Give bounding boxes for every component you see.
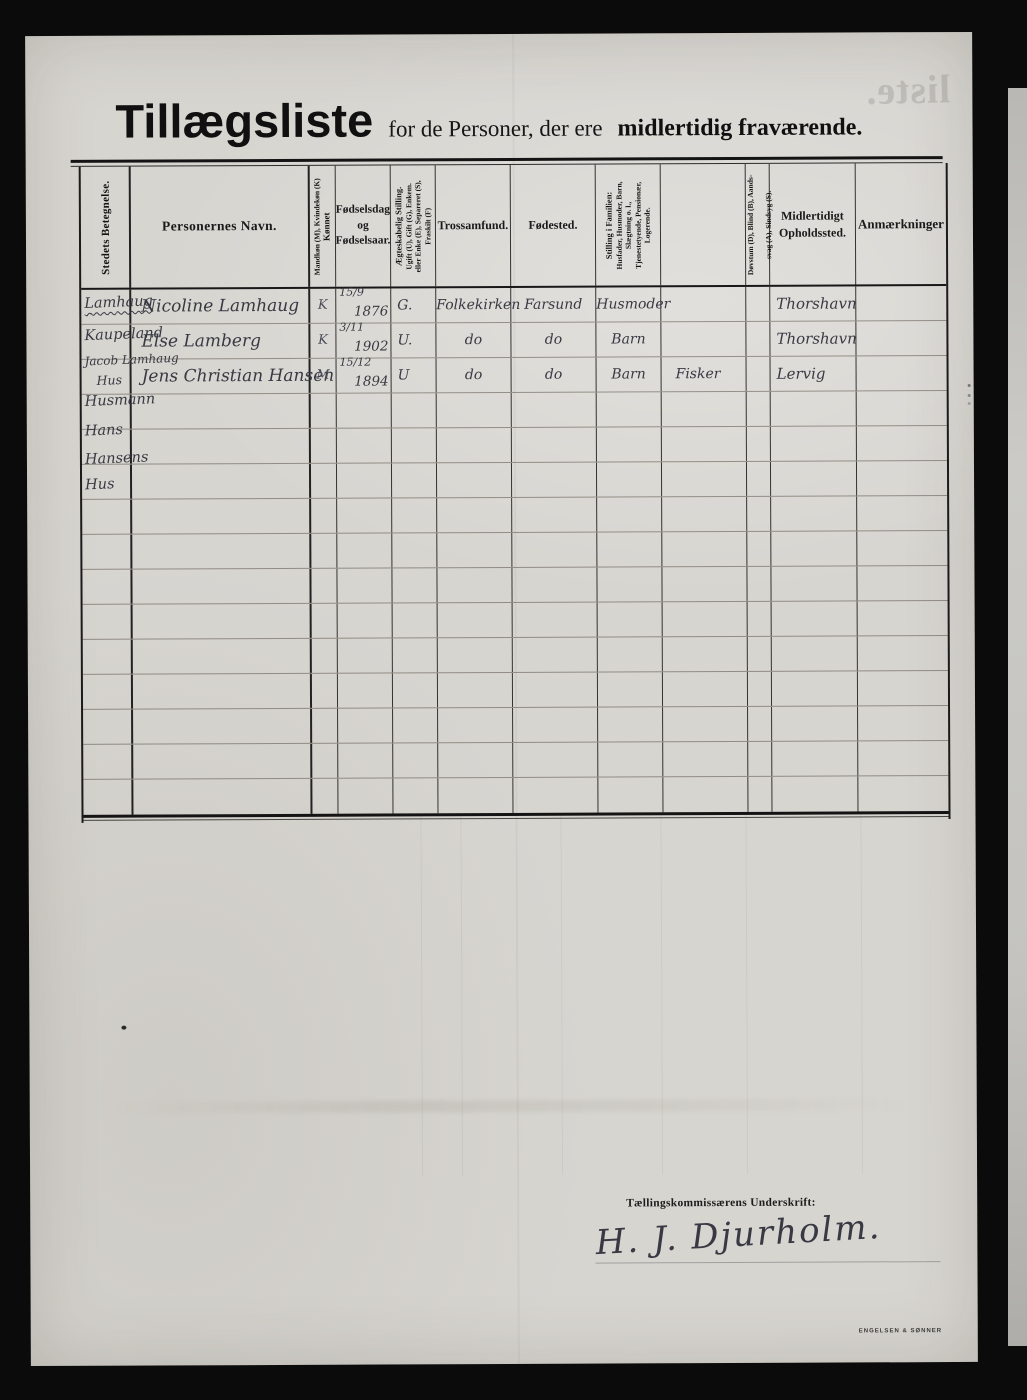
cell-kjonnet bbox=[312, 779, 338, 814]
cell-opholdssted bbox=[772, 671, 858, 705]
table-row bbox=[82, 426, 947, 465]
header-aegteskab-sub: Ugift (U), Gift (G), Enkem. eller Enke (… bbox=[404, 167, 433, 285]
cell-dovstum bbox=[747, 532, 771, 566]
cell-trossamfund bbox=[438, 638, 513, 672]
header-aegteskab: Ægteskabelig Stilling. Ugift (U), Gift (… bbox=[391, 165, 437, 286]
cell-dato bbox=[338, 638, 393, 672]
census-form-page: liste. Tillægsliste for de Personer, der… bbox=[25, 32, 978, 1366]
cell-erhverv bbox=[662, 532, 747, 566]
cell-stilling bbox=[597, 497, 662, 531]
cell-dovstum bbox=[747, 427, 771, 461]
header-navn-label: Personernes Navn. bbox=[162, 217, 277, 236]
cell-kjonnet bbox=[312, 604, 338, 638]
cell-dato bbox=[337, 428, 392, 462]
smudge bbox=[110, 1098, 910, 1113]
cell-opholdssted: Thorshavn bbox=[770, 321, 856, 355]
cell-aegteskab bbox=[393, 778, 438, 813]
header-aegteskab-label: Ægteskabelig Stilling. bbox=[393, 167, 405, 285]
cell-opholdssted bbox=[771, 391, 857, 425]
header-kjonnet-sub: Mandkøn (M), Kvindekøn (K) bbox=[312, 167, 322, 285]
cell-stilling bbox=[597, 427, 662, 461]
cell-navn bbox=[133, 604, 312, 639]
header-stedets: Stedets Betegnelse. bbox=[81, 167, 132, 288]
cell-erhverv bbox=[663, 602, 748, 636]
table-row bbox=[83, 776, 948, 815]
cell-aegteskab bbox=[393, 743, 438, 777]
cell-fodested bbox=[513, 743, 598, 777]
cell-navn bbox=[133, 779, 312, 815]
cell-trossamfund bbox=[437, 428, 512, 462]
handwritten-fodested: Farsund bbox=[511, 288, 595, 322]
handwritten-fodested: do bbox=[512, 358, 596, 392]
cell-opholdssted bbox=[771, 566, 857, 600]
table-row bbox=[83, 601, 948, 640]
printer-mark: Engelsen & Sønner bbox=[859, 1328, 942, 1334]
handwritten-aegteskab: U. bbox=[391, 323, 435, 357]
census-table: Stedets Betegnelse. Personernes Navn. Ma… bbox=[79, 163, 951, 823]
cell-stedets bbox=[83, 780, 133, 815]
title-main: Tillægsliste bbox=[115, 93, 373, 149]
header-fodselsdag-label: Fødselsdag og Fødselsaar. bbox=[335, 203, 390, 250]
cell-kjonnet bbox=[311, 429, 337, 463]
cell-trossamfund: do bbox=[436, 323, 511, 357]
cell-erhverv bbox=[661, 322, 746, 356]
cell-aegteskab bbox=[392, 568, 437, 602]
cell-aegteskab bbox=[393, 638, 438, 672]
birth-day-month: 15/9 bbox=[339, 286, 364, 299]
cell-anm bbox=[858, 636, 948, 670]
cell-anm bbox=[856, 321, 946, 355]
cell-dato bbox=[337, 463, 392, 497]
table-row bbox=[83, 741, 948, 780]
cell-aegteskab: U. bbox=[391, 323, 436, 357]
header-navn: Personernes Navn. bbox=[131, 166, 311, 288]
cell-opholdssted: Thorshavn bbox=[770, 286, 856, 320]
cell-anm bbox=[858, 706, 948, 740]
header-erhverv bbox=[661, 164, 747, 285]
handwritten-fodested: do bbox=[511, 323, 595, 357]
handwritten-opholdssted: Thorshavn bbox=[770, 286, 855, 320]
cell-anm bbox=[857, 426, 947, 460]
edge-marks bbox=[968, 384, 971, 387]
cell-stedets bbox=[83, 675, 133, 709]
cell-trossamfund bbox=[437, 498, 512, 532]
cell-fodested bbox=[512, 568, 597, 602]
cell-dovstum bbox=[747, 357, 771, 391]
cell-aegteskab bbox=[392, 463, 437, 497]
cell-aegteskab bbox=[393, 708, 438, 742]
handwritten-opholdssted: Lervig bbox=[771, 356, 856, 390]
cell-opholdssted bbox=[771, 426, 857, 460]
cell-opholdssted bbox=[771, 461, 857, 495]
title-emphasis: midlertidig fraværende. bbox=[617, 114, 862, 142]
cell-navn: Jens Christian Hansen bbox=[132, 359, 311, 394]
cell-erhverv bbox=[661, 287, 746, 321]
table-header: Stedets Betegnelse. Personernes Navn. Ma… bbox=[81, 163, 947, 290]
cell-stilling: Barn bbox=[596, 322, 661, 356]
cell-dato bbox=[337, 393, 392, 427]
cell-stilling: Barn bbox=[597, 357, 662, 391]
table-row: Jens Christian HansenM15/121894UdodoBarn… bbox=[82, 356, 947, 395]
cell-kjonnet bbox=[312, 674, 338, 708]
cell-opholdssted bbox=[772, 706, 858, 740]
cell-fodested: Farsund bbox=[511, 288, 596, 322]
cell-kjonnet bbox=[311, 534, 337, 568]
cell-dovstum bbox=[748, 707, 772, 741]
table-row: Else LambergK3/111902U.dodoBarnThorshavn bbox=[81, 321, 946, 360]
cell-dovstum bbox=[746, 287, 770, 321]
cell-aegteskab bbox=[393, 673, 438, 707]
cell-stedets bbox=[82, 360, 132, 394]
header-stilling-label: Stilling i Familien: bbox=[603, 166, 615, 284]
cell-kjonnet bbox=[311, 499, 337, 533]
cell-aegteskab bbox=[392, 393, 437, 427]
table-row bbox=[82, 566, 947, 605]
cell-anm bbox=[858, 776, 948, 811]
handwritten-trossamfund: Folkekirken bbox=[436, 288, 510, 322]
handwritten-navn: Jens Christian Hansen bbox=[132, 359, 309, 394]
cell-fodested bbox=[512, 463, 597, 497]
cell-navn: Nicoline Lamhaug bbox=[131, 289, 310, 324]
cell-anm bbox=[856, 286, 946, 320]
cell-erhverv bbox=[662, 462, 747, 496]
cell-dovstum bbox=[747, 497, 771, 531]
table-row bbox=[82, 391, 947, 430]
cell-dato: 15/91876 bbox=[336, 288, 391, 322]
cell-kjonnet: K bbox=[310, 289, 336, 323]
header-fodested: Fødested. bbox=[511, 165, 597, 286]
header-kjonnet-label: Kønnet bbox=[321, 167, 333, 285]
handwritten-stilling: Barn bbox=[597, 357, 661, 391]
cell-stilling bbox=[597, 392, 662, 426]
cell-stedets bbox=[83, 710, 133, 744]
cell-erhverv bbox=[663, 707, 748, 741]
cell-trossamfund bbox=[438, 743, 513, 777]
cell-fodested bbox=[513, 638, 598, 672]
cell-fodested: do bbox=[512, 358, 597, 392]
cell-dovstum bbox=[747, 567, 771, 601]
cell-dovstum bbox=[748, 602, 772, 636]
cell-stilling: Husmoder bbox=[596, 287, 661, 321]
table-row bbox=[82, 461, 947, 500]
cell-navn bbox=[133, 709, 312, 744]
cell-opholdssted bbox=[772, 776, 858, 811]
handwritten-trossamfund: do bbox=[436, 323, 510, 357]
cell-opholdssted: Lervig bbox=[771, 356, 857, 390]
cell-stedets bbox=[82, 430, 132, 464]
cell-dato: 15/121894 bbox=[337, 358, 392, 392]
cell-dovstum bbox=[748, 777, 772, 812]
cell-navn bbox=[132, 499, 311, 534]
handwritten-aegteskab: U bbox=[392, 358, 436, 392]
cell-trossamfund bbox=[438, 708, 513, 742]
header-fodested-label: Fødested. bbox=[528, 217, 577, 233]
cell-stilling bbox=[598, 602, 663, 636]
cell-dovstum bbox=[747, 462, 771, 496]
cell-aegteskab bbox=[392, 498, 437, 532]
header-kjonnet: Mandkøn (M), Kvindekøn (K) Kønnet bbox=[310, 166, 337, 287]
header-dovstum: Døvstum (D), Blind (B), Aands- svag (A),… bbox=[746, 164, 771, 285]
handwritten-stilling: Barn bbox=[596, 322, 660, 356]
table-body: Nicoline LamhaugK15/91876G.FolkekirkenFa… bbox=[81, 286, 948, 815]
cell-trossamfund bbox=[437, 533, 512, 567]
cell-opholdssted bbox=[772, 636, 858, 670]
cell-aegteskab bbox=[393, 603, 438, 637]
cell-aegteskab bbox=[392, 533, 437, 567]
signature-label: Tællingskommissærens Underskrift: bbox=[626, 1197, 816, 1210]
table-row: Nicoline LamhaugK15/91876G.FolkekirkenFa… bbox=[81, 286, 946, 325]
header-trossamfund: Trossamfund. bbox=[436, 165, 512, 286]
cell-trossamfund bbox=[438, 778, 513, 813]
cell-dovstum bbox=[748, 637, 772, 671]
cell-aegteskab: U bbox=[392, 358, 437, 392]
cell-dovstum bbox=[748, 672, 772, 706]
table-row bbox=[82, 496, 947, 535]
header-stedets-label: Stedets Betegnelse. bbox=[100, 180, 112, 274]
scan-background: { "document": { "title": { "main": "Till… bbox=[0, 0, 1027, 1400]
cell-fodested bbox=[512, 393, 597, 427]
cell-anm bbox=[857, 356, 947, 390]
cell-aegteskab: G. bbox=[391, 288, 436, 322]
cell-opholdssted bbox=[771, 531, 857, 565]
cell-navn bbox=[132, 534, 311, 569]
cell-anm bbox=[858, 741, 948, 775]
header-dovstum-label: Døvstum (D), Blind (B), Aands- svag (A),… bbox=[745, 174, 772, 274]
header-trossamfund-label: Trossamfund. bbox=[438, 217, 509, 233]
handwritten-navn: Else Lamberg bbox=[131, 324, 308, 359]
cell-dovstum bbox=[748, 742, 772, 776]
cell-stilling bbox=[598, 637, 663, 671]
cell-dato bbox=[338, 603, 393, 637]
cell-opholdssted bbox=[772, 601, 858, 635]
handwritten-stilling: Husmoder bbox=[596, 287, 660, 321]
cell-navn: Else Lamberg bbox=[131, 324, 310, 359]
cell-navn bbox=[133, 639, 312, 674]
ghost-line bbox=[461, 815, 464, 1175]
cell-kjonnet bbox=[312, 744, 338, 778]
cell-stedets bbox=[82, 500, 132, 534]
cell-navn bbox=[132, 464, 311, 499]
cell-dato bbox=[338, 673, 393, 707]
cell-anm bbox=[858, 671, 948, 705]
handwritten-trossamfund: do bbox=[437, 358, 511, 392]
cell-dato: 3/111902 bbox=[336, 323, 391, 357]
cell-navn bbox=[132, 429, 311, 464]
cell-stedets bbox=[82, 535, 132, 569]
header-midlertidigt: Midlertidigt Opholdssted. bbox=[770, 163, 857, 284]
cell-dato bbox=[338, 708, 393, 742]
cell-erhverv bbox=[662, 427, 747, 461]
birth-year: 1894 bbox=[354, 373, 388, 389]
handwritten-kjonnet: K bbox=[310, 324, 335, 358]
cell-trossamfund bbox=[437, 568, 512, 602]
birth-day-month: 15/12 bbox=[340, 356, 372, 369]
cell-kjonnet bbox=[311, 464, 337, 498]
handwritten-kjonnet: M bbox=[311, 359, 336, 393]
cell-stedets bbox=[82, 570, 132, 604]
cell-stilling bbox=[597, 567, 662, 601]
cell-fodested bbox=[512, 428, 597, 462]
cell-trossamfund: do bbox=[437, 358, 512, 392]
birth-day-month: 3/11 bbox=[339, 321, 364, 334]
ghost-line bbox=[561, 815, 564, 1175]
birth-year: 1876 bbox=[354, 303, 388, 319]
handwritten-aegteskab: G. bbox=[391, 288, 435, 322]
cell-anm bbox=[857, 531, 947, 565]
header-stilling: Stilling i Familien: Husfader, Husmoder,… bbox=[596, 164, 662, 285]
cell-kjonnet bbox=[312, 639, 338, 673]
cell-kjonnet: K bbox=[310, 324, 336, 358]
cell-stedets bbox=[83, 605, 133, 639]
cell-stilling bbox=[598, 742, 663, 776]
cell-stedets bbox=[82, 395, 132, 429]
cell-trossamfund bbox=[437, 463, 512, 497]
table-row bbox=[83, 636, 948, 675]
ghost-line bbox=[661, 814, 664, 1174]
cell-navn bbox=[132, 394, 311, 429]
table-row bbox=[83, 671, 948, 710]
ink-dot bbox=[121, 1026, 126, 1030]
cell-trossamfund: Folkekirken bbox=[436, 288, 511, 322]
cell-fodested bbox=[513, 673, 598, 707]
cell-stilling bbox=[598, 707, 663, 741]
cell-fodested bbox=[512, 533, 597, 567]
cell-dato bbox=[337, 533, 392, 567]
cell-kjonnet: M bbox=[311, 359, 337, 393]
cell-stedets bbox=[81, 290, 131, 324]
cell-erhverv: Fisker bbox=[662, 357, 747, 391]
cell-dato bbox=[337, 568, 392, 602]
cell-erhverv bbox=[663, 672, 748, 706]
signature-handwriting: H. J. Djurholm. bbox=[594, 1207, 882, 1263]
cell-erhverv bbox=[663, 742, 748, 776]
cell-kjonnet bbox=[311, 394, 337, 428]
header-anmerkninger-label: Anmærkninger bbox=[858, 215, 944, 233]
table-row bbox=[82, 531, 947, 570]
title-mid: for de Personer, der ere bbox=[388, 116, 602, 143]
cell-erhverv bbox=[663, 637, 748, 671]
cell-stedets bbox=[81, 325, 131, 359]
cell-stedets bbox=[83, 745, 133, 779]
cell-erhverv bbox=[662, 567, 747, 601]
cell-stilling bbox=[597, 462, 662, 496]
header-fodselsdag: Fødselsdag og Fødselsaar. bbox=[336, 165, 392, 286]
cell-trossamfund bbox=[438, 673, 513, 707]
handwritten-erhverv: Fisker bbox=[662, 357, 746, 391]
cell-stedets bbox=[82, 465, 132, 499]
table-row bbox=[83, 706, 948, 745]
handwritten-navn: Nicoline Lamhaug bbox=[131, 289, 308, 324]
cell-navn bbox=[133, 674, 312, 709]
cell-fodested bbox=[513, 778, 598, 813]
cell-fodested bbox=[512, 498, 597, 532]
cell-trossamfund bbox=[437, 393, 512, 427]
cell-opholdssted bbox=[771, 496, 857, 530]
cell-dato bbox=[338, 743, 393, 777]
ghost-line bbox=[746, 814, 749, 1174]
cell-anm bbox=[857, 496, 947, 530]
cell-dovstum bbox=[747, 392, 771, 426]
cell-navn bbox=[132, 569, 311, 604]
cell-fodested bbox=[513, 603, 598, 637]
cell-dato bbox=[338, 778, 393, 813]
cell-navn bbox=[133, 744, 312, 779]
cell-anm bbox=[857, 391, 947, 425]
cell-stilling bbox=[598, 777, 663, 812]
cell-opholdssted bbox=[772, 741, 858, 775]
cell-anm bbox=[857, 461, 947, 495]
cell-fodested bbox=[513, 708, 598, 742]
handwritten-kjonnet: K bbox=[310, 289, 335, 323]
adjacent-page-edge bbox=[1008, 88, 1027, 1346]
cell-dato bbox=[337, 498, 392, 532]
cell-aegteskab bbox=[392, 428, 437, 462]
cell-stilling bbox=[597, 532, 662, 566]
birth-year: 1902 bbox=[354, 338, 388, 354]
cell-kjonnet bbox=[311, 569, 337, 603]
cell-anm bbox=[857, 566, 947, 600]
handwritten-opholdssted: Thorshavn bbox=[770, 321, 855, 355]
cell-anm bbox=[858, 601, 948, 635]
ghost-line bbox=[421, 815, 424, 1175]
cell-fodested: do bbox=[511, 323, 596, 357]
page-title: Tillægsliste for de Personer, der ere mi… bbox=[115, 90, 955, 149]
header-anmerkninger: Anmærkninger bbox=[856, 163, 947, 284]
header-midlertidigt-label: Midlertidigt Opholdssted. bbox=[779, 208, 846, 241]
cell-kjonnet bbox=[312, 709, 338, 743]
cell-dovstum bbox=[746, 322, 770, 356]
header-stilling-sub: Husfader, Husmoder, Barn, Slægtning o. l… bbox=[614, 166, 652, 284]
ghost-line bbox=[861, 813, 864, 1173]
cell-erhverv bbox=[662, 497, 747, 531]
cell-stedets bbox=[83, 640, 133, 674]
signature-underline bbox=[595, 1261, 940, 1264]
cell-trossamfund bbox=[438, 603, 513, 637]
cell-erhverv bbox=[662, 392, 747, 426]
cell-stilling bbox=[598, 672, 663, 706]
cell-erhverv bbox=[663, 777, 748, 812]
